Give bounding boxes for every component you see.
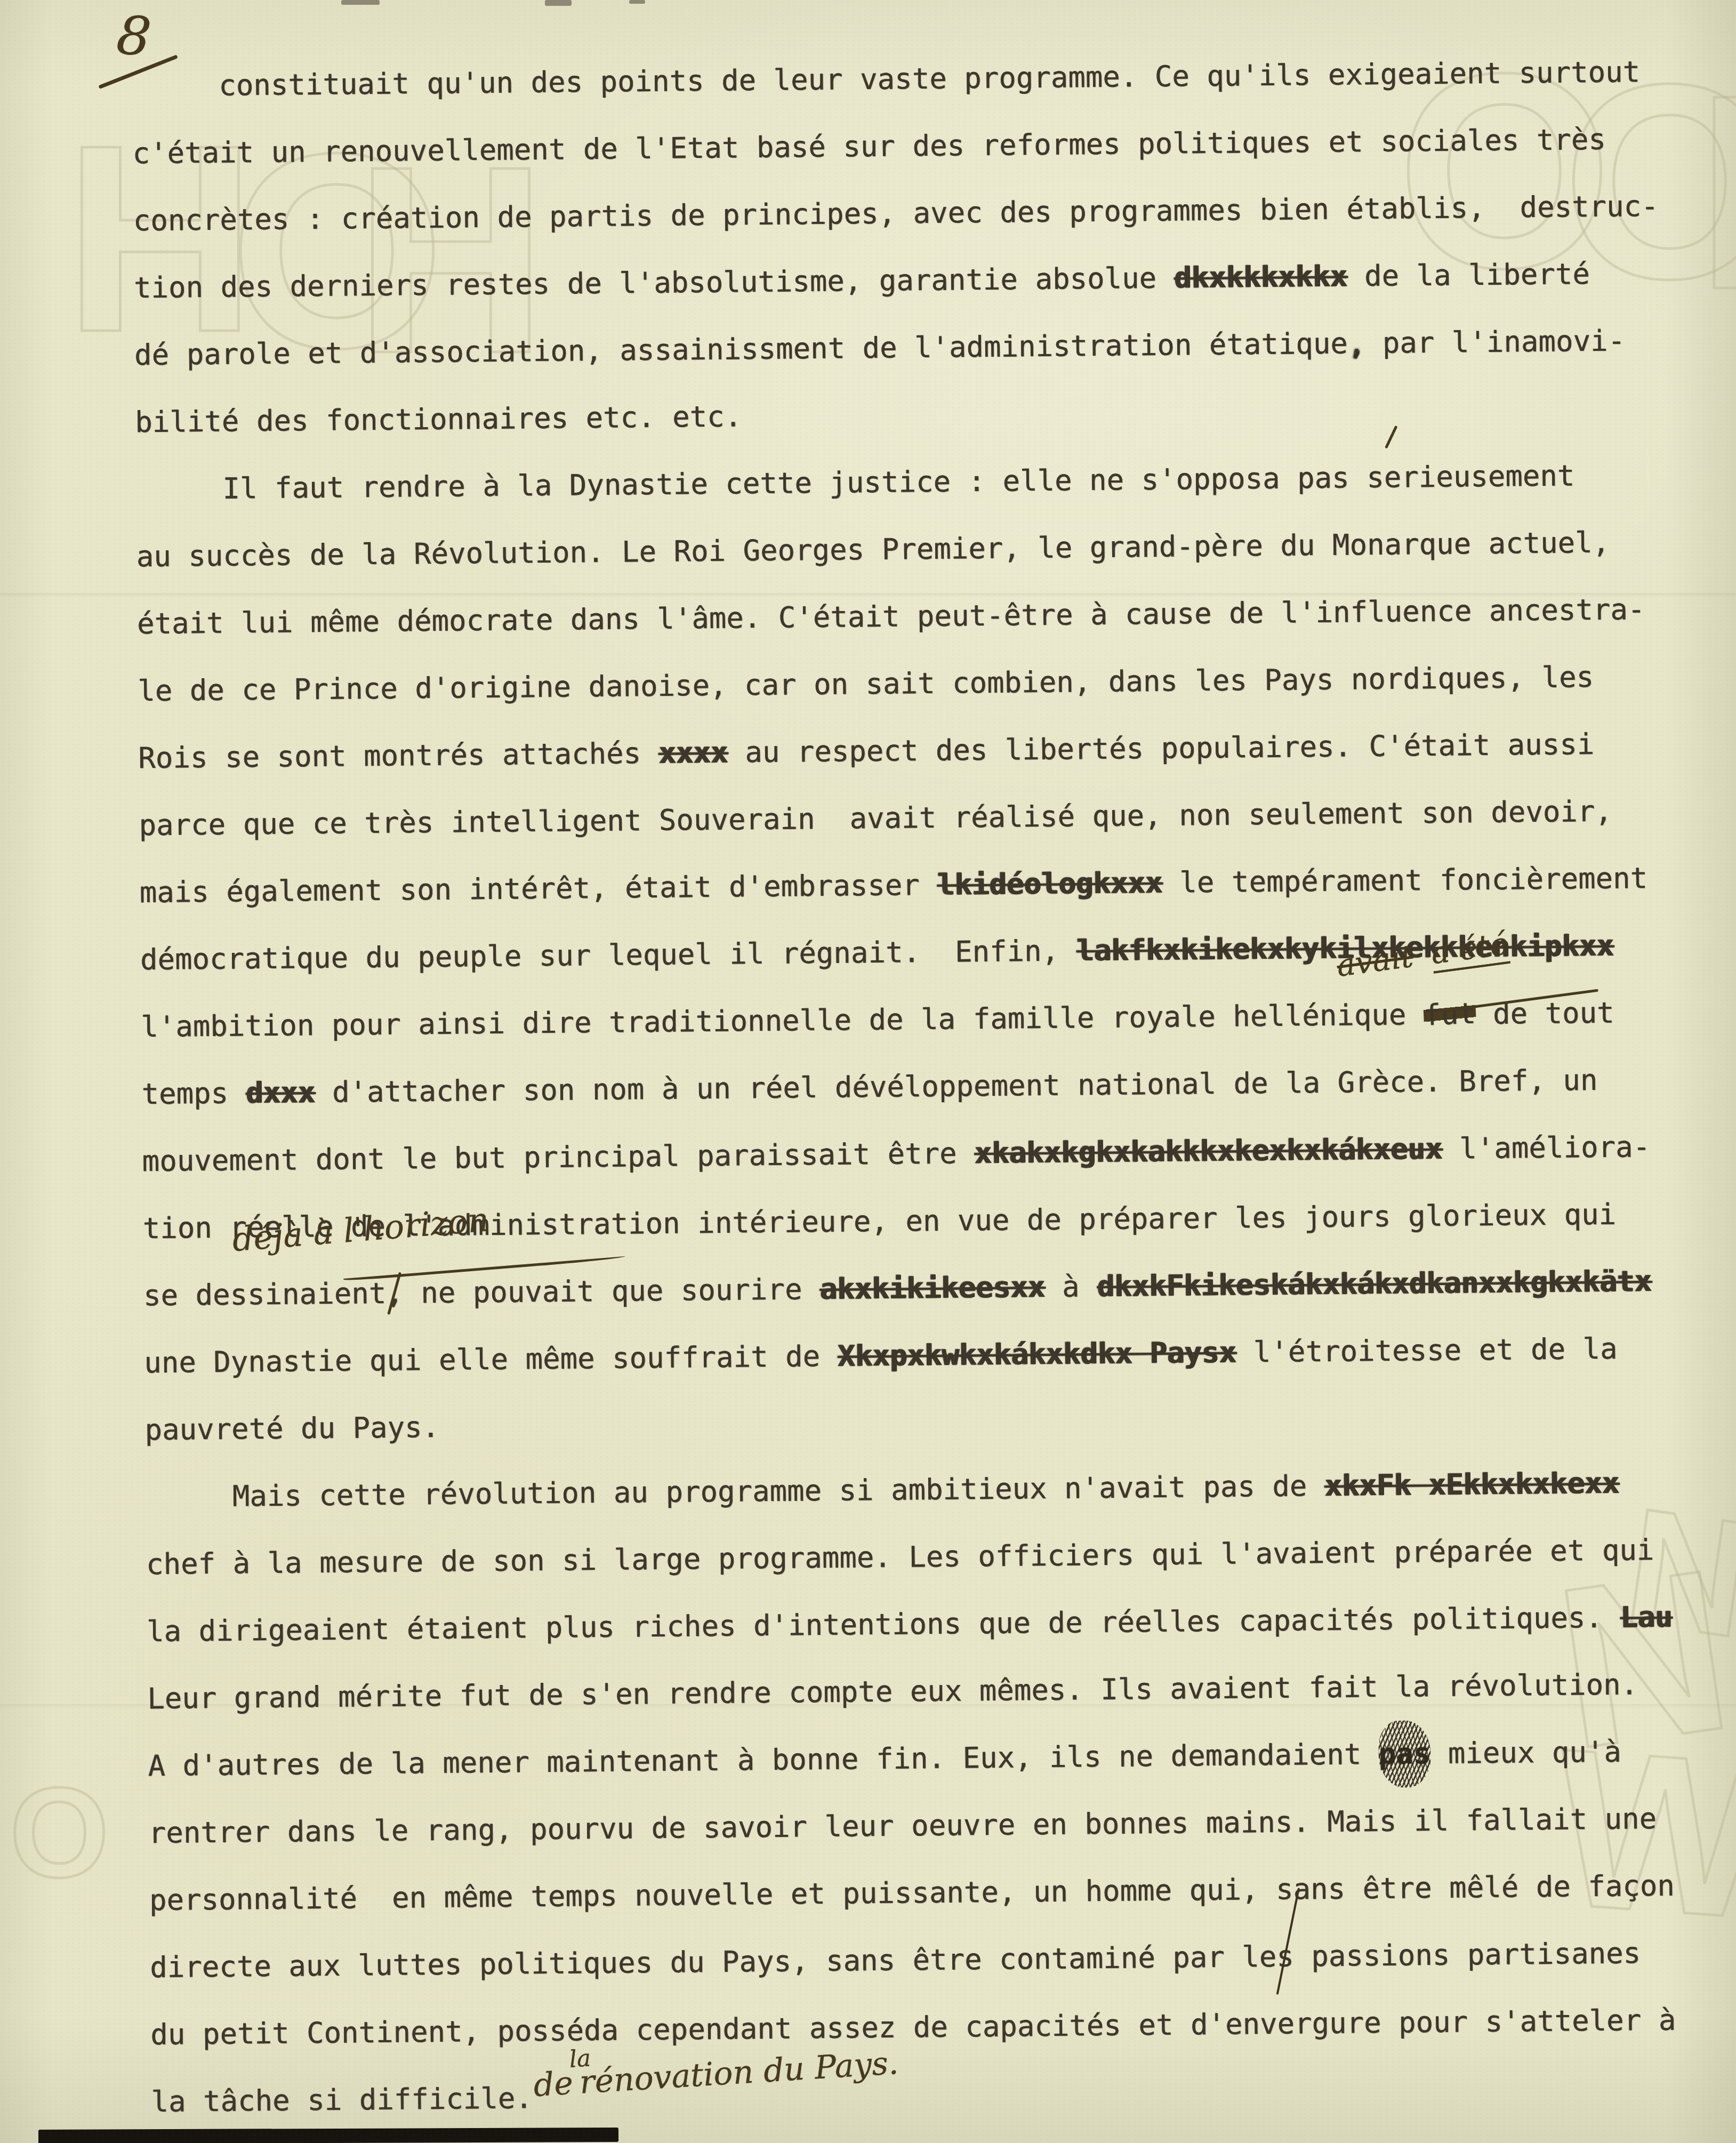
typed-strikeout: dkxkkkxkkx (1174, 259, 1347, 294)
typed-text: mais également son intérêt, était d'embr… (140, 868, 937, 909)
scan-edge-artifact (545, 0, 572, 6)
typed-text: personnalité en même temps nouvelle et p… (149, 1869, 1675, 1917)
typed-text: parce que ce très intelligent Souverain … (139, 794, 1612, 842)
typed-text: l'ambition pour ainsi dire traditionnell… (141, 998, 1424, 1044)
ink-blot: , (1348, 326, 1365, 360)
typed-text: une Dynastie qui elle même souffrait de (144, 1339, 838, 1379)
typed-text: à (1044, 1270, 1097, 1304)
typed-text: temps (141, 1076, 246, 1111)
pen-struck-word: fut (1422, 980, 1477, 1049)
typed-text: de la liberté (1347, 257, 1590, 293)
typed-text: le tempérament foncièrement (1162, 861, 1648, 900)
typed-text: dé parole et d'association, assainissmen… (134, 326, 1348, 372)
typed-strikeout: xxxx (658, 736, 728, 770)
typed-text: c'était un renouvellement de l'Etat basé… (132, 123, 1606, 171)
typed-text: était lui même démocrate dans l'âme. C'é… (137, 592, 1645, 640)
typed-text: la tâche si difficile. (151, 2081, 533, 2118)
typed-strikeout: lkidéologkxxx (937, 866, 1162, 902)
final-note-superscript: la (568, 2044, 591, 2073)
typed-text: tion des derniers restes de l'absolutism… (134, 261, 1174, 305)
typed-text: du petit Continent, posséda cependant as… (150, 2003, 1676, 2051)
typed-strikeout: Xkxpxkwkxkákxkdkx Paysx (837, 1336, 1236, 1373)
typed-text: l'étroitesse et de la (1236, 1332, 1618, 1369)
typed-strikeout: xkxFk xEkkxkxkexx (1324, 1466, 1619, 1503)
typed-text: le de ce Prince d'origine danoise, car o… (138, 660, 1594, 708)
typed-strikeout: dkxkFkikeskákxkákxdkanxxkgkxkätx (1097, 1264, 1652, 1303)
final-note-lead: de (533, 2065, 574, 2104)
typed-text: démocratique du peuple sur lequel il rég… (140, 934, 1076, 976)
typed-text: directe aux luttes politiques du Pays, s… (150, 1936, 1641, 1984)
scan-edge-artifact (629, 0, 645, 4)
page-content: 8 constituait qu'un des points de leur v… (0, 0, 1736, 2143)
typed-text: mieux qu'à (1430, 1735, 1621, 1770)
typed-text: d'attacher son nom à un réel dévéloppeme… (315, 1063, 1597, 1109)
typed-text-block: constituait qu'un des points de leur vas… (132, 38, 1677, 2136)
typed-line: l'ambition pour ainsi dire traditionnell… (141, 979, 1667, 1061)
typed-text: concrètes : création de partis de princi… (133, 189, 1658, 237)
typed-text: l'améliora- (1442, 1130, 1651, 1166)
typed-text: constituait qu'un des points de leur vas… (219, 55, 1640, 102)
typescript-page: HOHOODNNWO 8 constituait qu'un des point… (0, 0, 1736, 2143)
typed-strikeout: dxxx (245, 1075, 315, 1110)
typed-text: chef à la mesure de son si large program… (146, 1533, 1654, 1581)
scan-edge-artifact (341, 0, 380, 5)
typed-text: la dirigeaient étaient plus riches d'int… (147, 1601, 1620, 1649)
typed-line: la tâche si difficile. (151, 2054, 1677, 2136)
typed-strikeout: Lau (1620, 1600, 1672, 1634)
typed-text: au respect des libertés populaires. C'ét… (727, 727, 1594, 769)
typed-text: de tout (1475, 996, 1614, 1031)
typed-text: par l'inamovi- (1365, 324, 1625, 360)
scan-edge-strip (38, 2128, 618, 2143)
typed-strikeout: xkakxkgkxkakkkxkexkxkákxeux (974, 1132, 1442, 1170)
pen-scribbled-word: pas (1378, 1720, 1431, 1788)
typed-text: Leur grand mérite fut de s'en rendre com… (147, 1667, 1638, 1715)
typed-text: bilité des fonctionnaires etc. etc. (135, 399, 742, 439)
typed-text: Il faut rendre à la Dynastie cette justi… (222, 459, 1574, 505)
typed-text: Rois se sont montrés attachés (138, 736, 658, 775)
typed-text: rentrer dans le rang, pourvu de savoir l… (148, 1802, 1657, 1850)
typed-text: au succès de la Révolution. Le Roi Georg… (136, 526, 1610, 574)
typed-text: A d'autres de la mener maintenant à bonn… (148, 1737, 1379, 1783)
typed-text: Mais cette révolution au programme si am… (232, 1469, 1324, 1513)
typed-text: pauvreté du Pays. (144, 1410, 439, 1447)
typed-text: se dessinaient, ne pouvait que sourire (143, 1272, 819, 1312)
typed-strikeout: akxkikikeesxx (819, 1270, 1045, 1306)
typed-text: mouvement dont le but principal paraissa… (142, 1136, 974, 1178)
